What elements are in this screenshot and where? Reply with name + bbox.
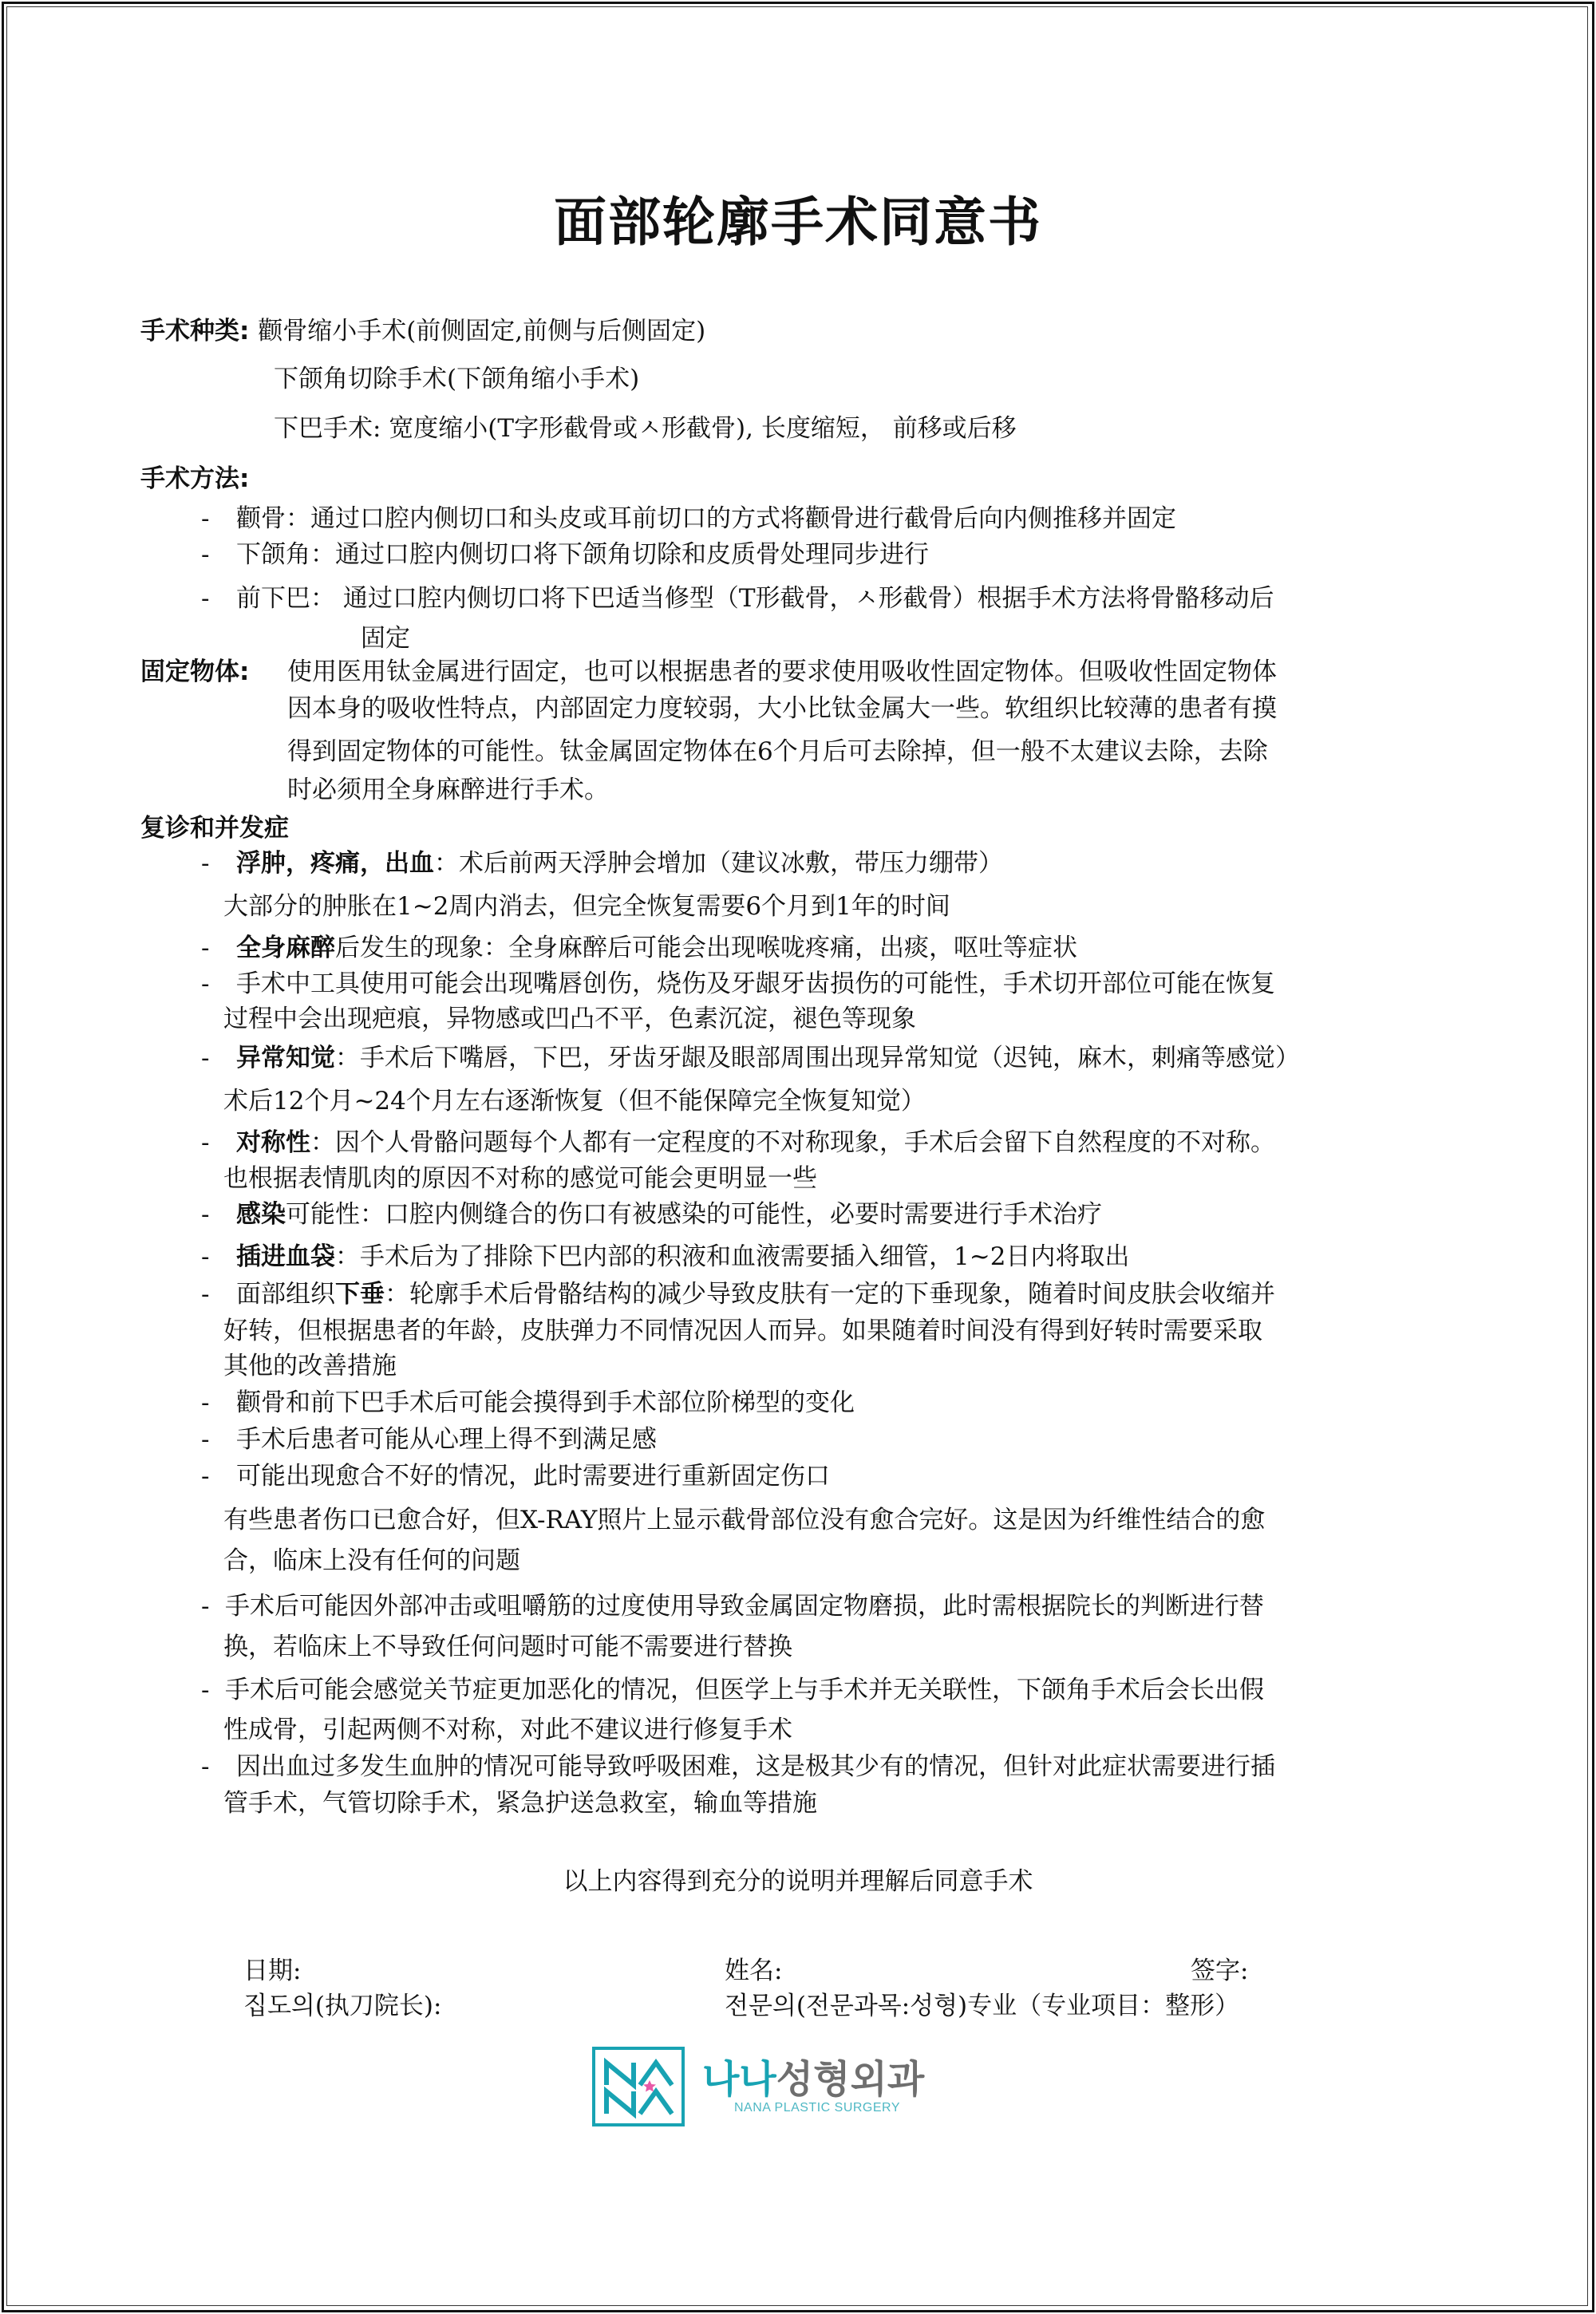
clinic-logo: 나나성형외과 NANA PLASTIC SURGERY [592, 2047, 924, 2126]
method-item-continuation: 固定 [361, 622, 410, 654]
fixation-text-line: 使用医用钛金属进行固定，也可以根据患者的要求使用吸收性固定物体。但吸收性固定物体 [287, 656, 1277, 688]
specialist-field-label: 전문의(전문과목:성형)专业（专业项目：整形） [725, 1990, 1239, 2022]
complication-item: -感染可能性：口腔内侧缝合的伤口有被感染的可能性，必要时需要进行手术治疗 [201, 1198, 1102, 1230]
complication-item: -颧骨和前下巴手术后可能会摸得到手术部位阶梯型的变化 [201, 1387, 855, 1419]
signature-field-label: 签字: [1191, 1955, 1248, 1987]
dash-bullet: - [201, 1387, 236, 1419]
date-field-label: 日期: [243, 1955, 301, 1987]
complication-item: -浮肿，疼痛，出血：术后前两天浮肿会增加（建议冰敷，带压力绷带） [201, 847, 1003, 879]
logo-korean-name: 나나성형외과 [702, 2058, 924, 2101]
complication-continuation: 有些患者伤口已愈合好，但X-RAY照片上显示截骨部位没有愈合完好。这是因为纤维性… [223, 1504, 1265, 1536]
dash-bullet: - [201, 847, 236, 879]
complication-continuation: 好转，但根据患者的年龄，皮肤弹力不同情况因人而异。如果随着时间没有得到好转时需要… [223, 1315, 1262, 1347]
dash-bullet: - [201, 582, 236, 614]
complication-continuation: 过程中会出现疤痕，异物感或凹凸不平，色素沉淀，褪色等现象 [223, 1003, 916, 1035]
dash-bullet: - [201, 1127, 236, 1159]
complication-item: -全身麻醉后发生的现象：全身麻醉后可能会出现喉咙疼痛，出痰，呕吐等症状 [201, 932, 1077, 964]
dash-bullet: - [201, 1241, 236, 1273]
dash-bullet: - [201, 1198, 236, 1230]
complication-continuation: 其他的改善措施 [223, 1350, 397, 1382]
complication-item: -可能出现愈合不好的情况，此时需要进行重新固定伤口 [201, 1460, 830, 1492]
complication-continuation: 管手术，气管切除手术，紧急护送急救室，输血等措施 [223, 1787, 817, 1819]
logo-wordmark: 나나성형외과 NANA PLASTIC SURGERY [702, 2058, 924, 2115]
nana-logo-mark-icon [592, 2047, 685, 2126]
method-item: -下颌角：通过口腔内侧切口将下颌角切除和皮质骨处理同步进行 [201, 539, 929, 571]
complication-continuation: 也根据表情肌肉的原因不对称的感觉可能会更明显一些 [223, 1163, 817, 1195]
dash-bullet: - [201, 1751, 236, 1783]
dash-bullet: - [201, 932, 236, 964]
complication-item: -插进血袋：手术后为了排除下巴内部的积液和血液需要插入细管，1~2日内将取出 [201, 1241, 1129, 1273]
complication-item: -手术中工具使用可能会出现嘴唇创伤，烧伤及牙龈牙齿损伤的可能性，手术切开部位可能… [201, 968, 1275, 1000]
dash-bullet: - [201, 539, 236, 571]
complication-item: -手术后患者可能从心理上得不到满足感 [201, 1424, 657, 1455]
name-field-label: 姓名: [725, 1955, 782, 1987]
complication-item: -面部组织下垂：轮廓手术后骨骼结构的减少导致皮肤有一定的下垂现象，随着时间皮肤会… [201, 1278, 1275, 1310]
dash-bullet: - [201, 1460, 236, 1492]
dash-bullet: - [201, 1042, 236, 1074]
dash-bullet: - [201, 503, 236, 535]
surgery-type-item: 下巴手术: 宽度缩小(T字形截骨或ㅅ形截骨), 长度缩短， 前移或后移 [274, 413, 1017, 444]
surgeon-field-label: 집도의(执刀院长): [243, 1990, 441, 2022]
complication-item: -因出血过多发生血肿的情况可能导致呼吸困难，这是极其少有的情况，但针对此症状需要… [201, 1751, 1275, 1783]
fixation-text-line: 因本身的吸收性特点，内部固定力度较弱，大小比钛金属大一些。软组织比较薄的患者有摸 [287, 693, 1277, 725]
complication-item: -手术后可能会感觉关节症更加恶化的情况，但医学上与手术并无关联性，下颌角手术后会… [201, 1674, 1264, 1706]
dash-bullet: - [201, 968, 236, 1000]
methods-heading: 手术方法: [140, 463, 249, 495]
nana-monogram-icon [602, 2056, 678, 2120]
fixation-label: 固定物体: [140, 656, 249, 688]
surgery-types-row: 手术种类: 颧骨缩小手术(前侧固定,前侧与后侧固定) [140, 315, 705, 347]
complication-continuation: 大部分的肿胀在1~2周内消去，但完全恢复需要6个月到1年的时间 [223, 890, 950, 922]
complication-item: -手术后可能因外部冲击或咀嚼筋的过度使用导致金属固定物磨损，此时需根据院长的判断… [201, 1590, 1264, 1622]
fixation-text-line: 得到固定物体的可能性。钛金属固定物体在6个月后可去除掉，但一般不太建议去除，去除 [287, 736, 1268, 768]
complication-continuation: 合，临床上没有任何的问题 [223, 1545, 520, 1577]
method-item: -前下巴： 通过口腔内侧切口将下巴适当修型（T形截骨，ㅅ形截骨）根据手术方法将骨… [201, 582, 1274, 614]
fixation-text-line: 时必须用全身麻醉进行手术。 [287, 774, 609, 806]
dash-bullet: - [201, 1674, 225, 1706]
complication-continuation: 术后12个月~24个月左右逐渐恢复（但不能保障完全恢复知觉） [223, 1085, 926, 1117]
dash-bullet: - [201, 1424, 236, 1455]
logo-english-name: NANA PLASTIC SURGERY [734, 2101, 924, 2115]
complications-heading: 复诊和并发症 [140, 812, 289, 844]
page-title: 面部轮廓手术同意书 [0, 180, 1596, 255]
dash-bullet: - [201, 1590, 225, 1622]
complication-continuation: 换，若临床上不导致任何问题时可能不需要进行替换 [223, 1631, 792, 1663]
complication-continuation: 性成骨，引起两侧不对称，对此不建议进行修复手术 [223, 1714, 792, 1746]
surgery-type-item: 颧骨缩小手术(前侧固定,前侧与后侧固定) [258, 317, 705, 346]
method-item: -颧骨：通过口腔内侧切口和头皮或耳前切口的方式将颧骨进行截骨后向内侧推移并固定 [201, 503, 1176, 535]
complication-item: -对称性：因个人骨骼问题每个人都有一定程度的不对称现象，手术后会留下自然程度的不… [201, 1127, 1275, 1159]
consent-statement: 以上内容得到充分的说明并理解后同意手术 [0, 1866, 1596, 1897]
complication-item: -异常知觉：手术后下嘴唇，下巴，牙齿牙龈及眼部周围出现异常知觉（迟钝，麻木，刺痛… [201, 1042, 1300, 1074]
dash-bullet: - [201, 1278, 236, 1310]
surgery-type-item: 下颌角切除手术(下颌角缩小手术) [274, 363, 639, 395]
surgery-types-label: 手术种类 [140, 317, 239, 346]
